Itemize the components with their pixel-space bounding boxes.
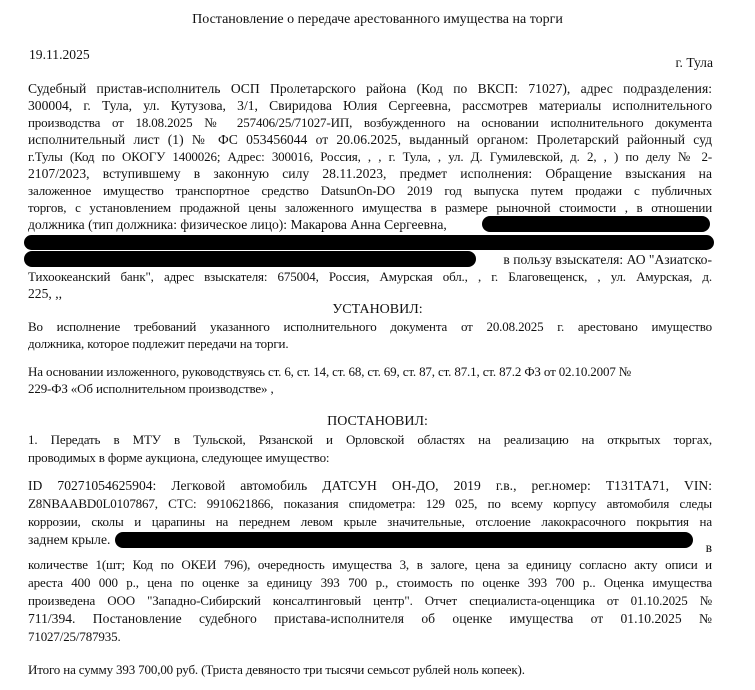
document-title: Постановление о передаче арестованного и… [0,12,755,28]
resolved-line: проводимых в форме аукциона, следующее и… [28,449,712,466]
property-line: коррозии, сколы и царапины на переднем л… [28,513,712,530]
creditor-line: 225, ,, [28,285,712,302]
intro-line: Судебный пристав-исполнитель ОСП Пролета… [28,80,712,97]
intro-line: 2107/2023, вступившему в законную силу 2… [28,165,712,182]
property-line: 711/394. Постановление судебного пристав… [28,610,712,627]
property-line: произведена ООО "Западно-Сибирский конса… [28,592,712,609]
creditor-line: Тихоокеанский банк", адрес взыскателя: 6… [28,268,712,285]
property-line: ареста 400 000 р., цена по оценке за еди… [28,574,712,591]
redaction-bar [115,532,693,548]
intro-line: исполнительный лист (1) № ФС 053456044 о… [28,131,712,148]
redaction-bar [24,251,476,267]
intro-line: 300004, г. Тула, ул. Кутузова, 3/1, Свир… [28,97,712,114]
intro-line: заложенное имущество транспортное средст… [28,182,712,199]
document-city: г. Тула [676,55,713,71]
established-line: должника, которое подлежит передачи на т… [28,335,712,352]
property-line: Z8NBAABD0L0107867, СТС: 9910621866, пока… [28,495,712,512]
property-line: заднем крыле. [28,531,110,548]
established-heading: УСТАНОВИЛ: [0,302,755,318]
property-line-tail: в [700,539,712,556]
document-date: 19.11.2025 [29,47,90,63]
resolved-line: 1. Передать в МТУ в Тульской, Рязанской … [28,431,712,448]
property-line: ID 70271054625904: Легковой автомобиль Д… [28,477,712,494]
established-line: Во исполнение требований указанного испо… [28,318,712,335]
resolved-heading: ПОСТАНОВИЛ: [0,414,755,430]
intro-line: производства от 18.08.2025 № 257406/25/7… [28,114,712,131]
redaction-bar [24,235,714,250]
creditor-line-tail: в пользу взыскателя: АО "Азиатско- [482,251,712,268]
total-line: Итого на сумму 393 700,00 руб. (Триста д… [28,661,712,678]
debtor-line: должника (тип должника: физическое лицо)… [28,216,447,233]
intro-line: торгов, с установлением продажной цены з… [28,199,712,216]
redaction-bar [482,216,710,232]
property-line: количестве 1(шт; Код по ОКЕИ 796), очере… [28,556,712,573]
intro-line: г.Тулы (Код по ОКОГУ 1400026; Адрес: 300… [28,148,712,165]
basis-line: На основании изложенного, руководствуясь… [28,363,712,380]
basis-line: 229-ФЗ «Об исполнительном производстве» … [28,380,712,397]
document-page: Постановление о передаче арестованного и… [0,0,755,690]
property-line: 71027/25/787935. [28,628,712,645]
